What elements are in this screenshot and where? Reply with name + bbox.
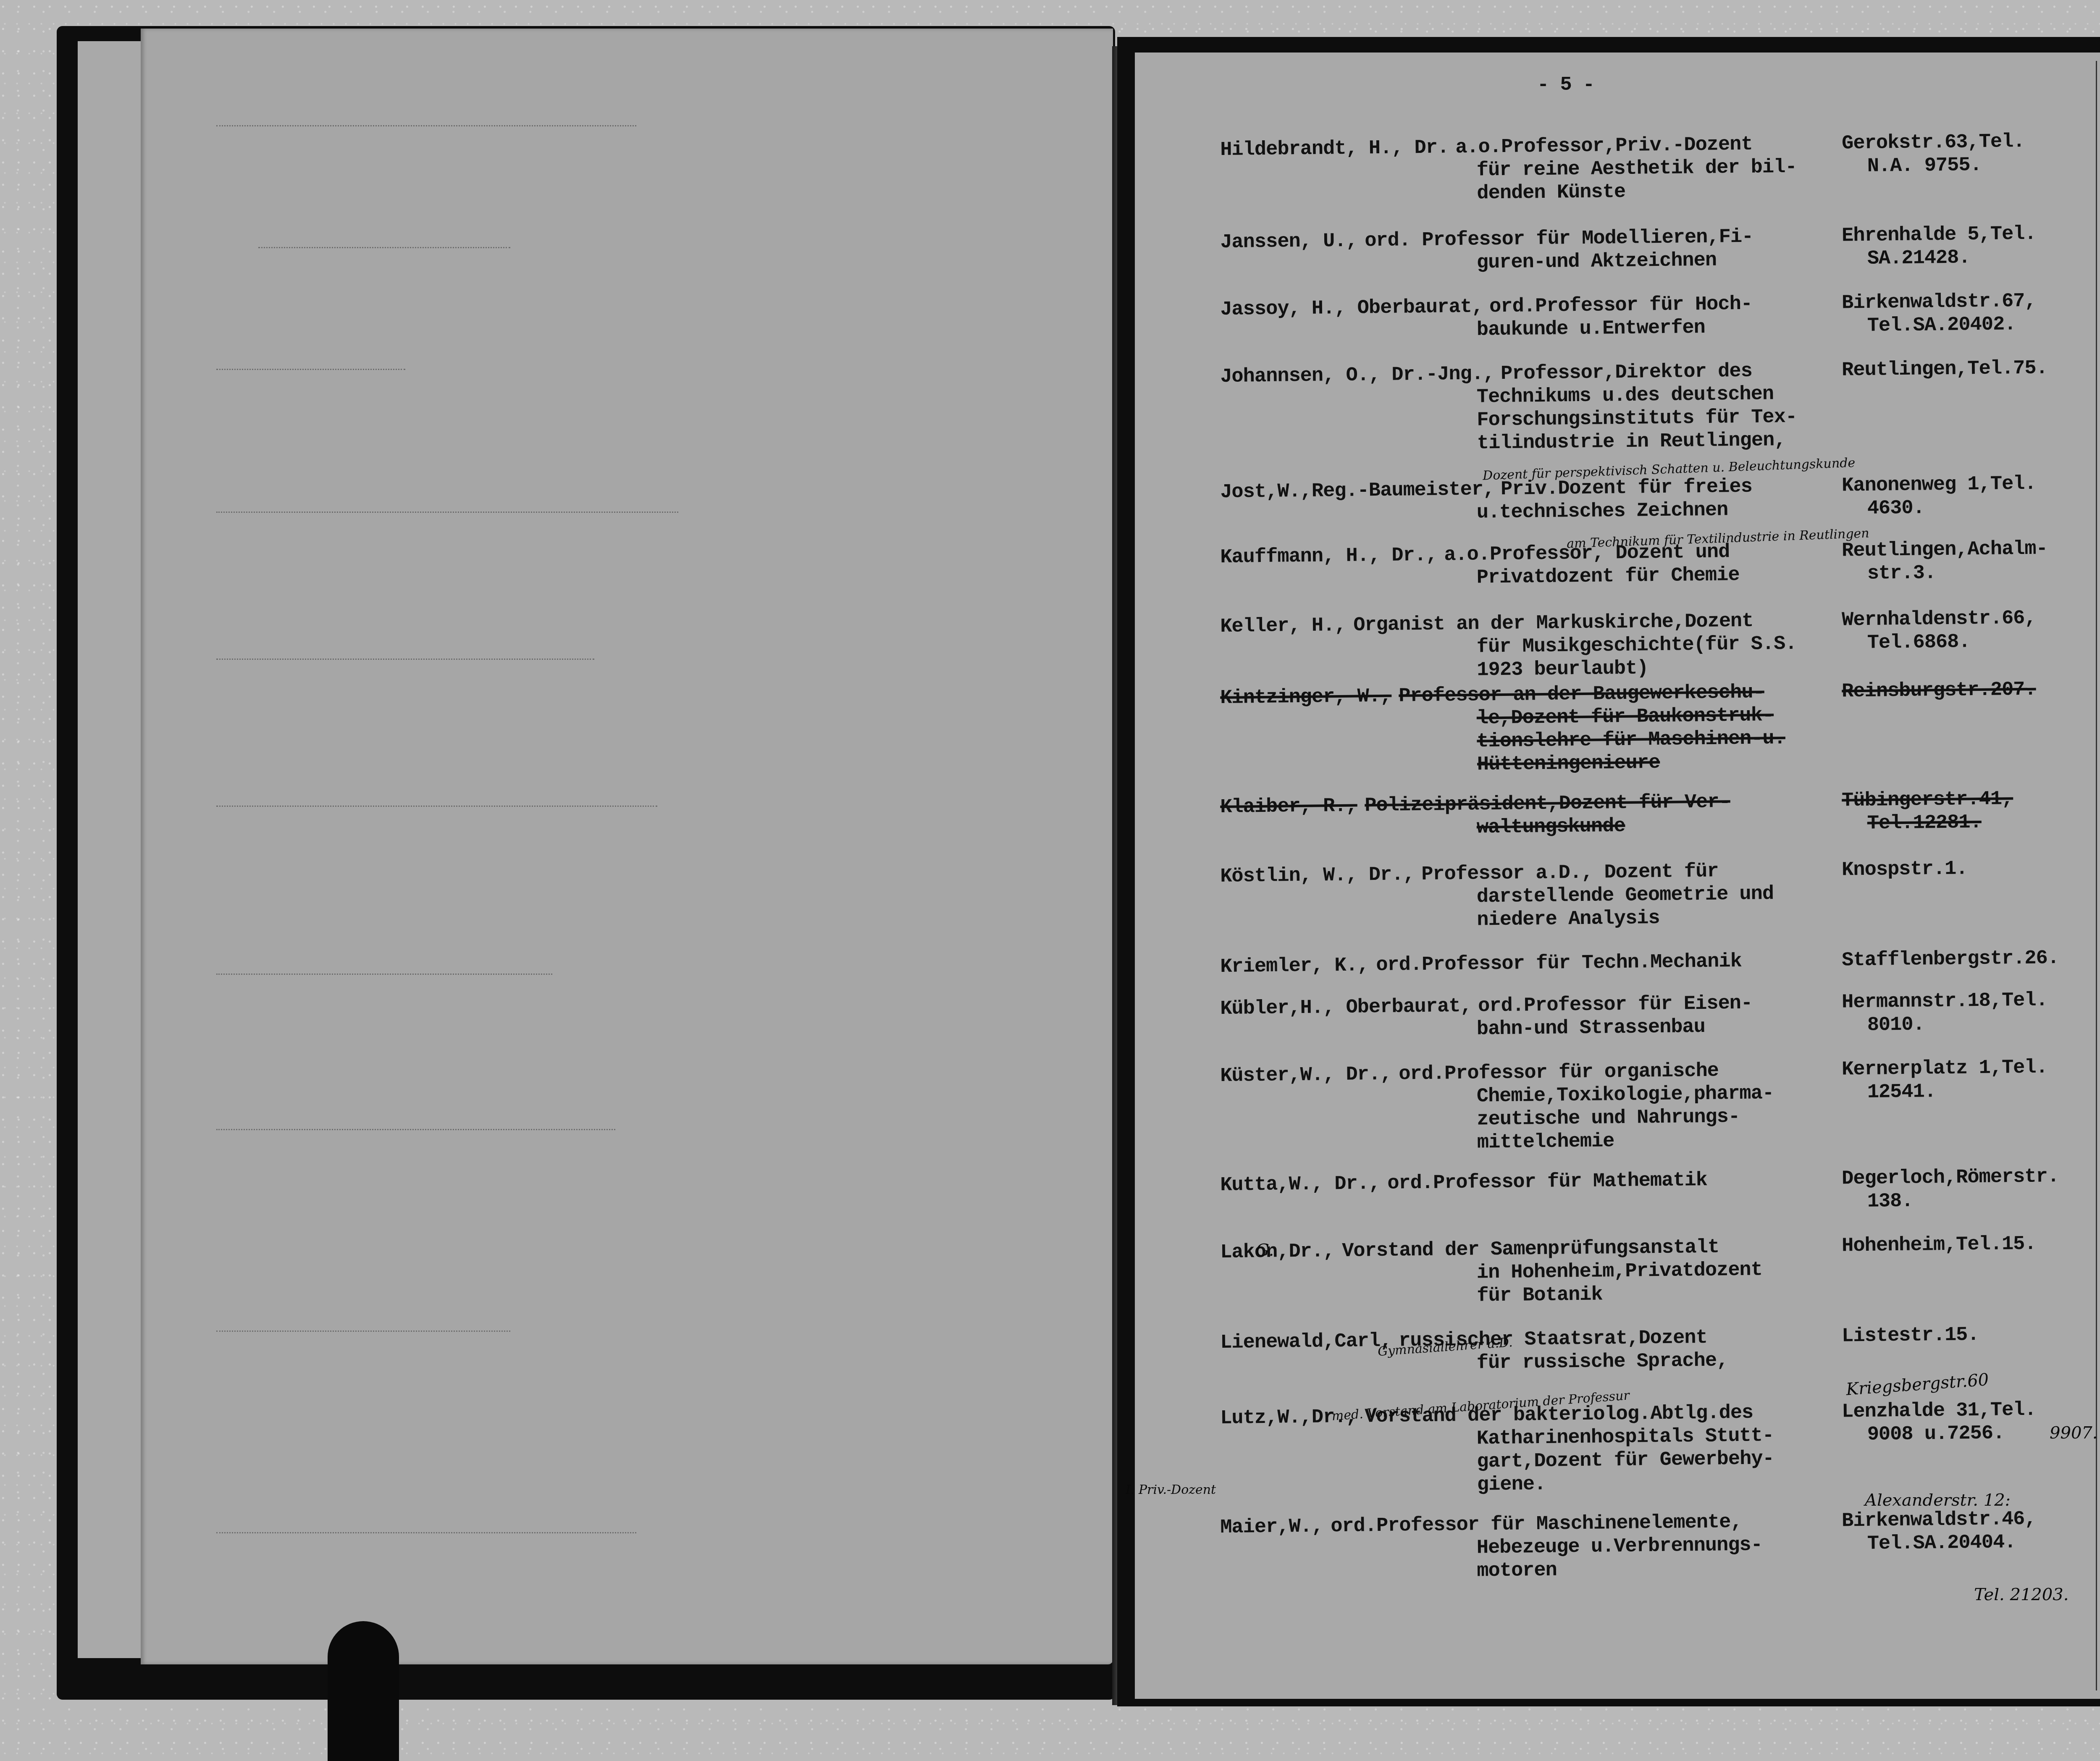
address-line: Knospstr.1. (1842, 857, 1968, 882)
address-line: N.A. 9755. (1842, 153, 2025, 178)
address-line: Kernerplatz 1,Tel. (1842, 1056, 2047, 1081)
entry-description: ord.Professor für Hoch-baukunde u.Entwer… (1220, 293, 1753, 344)
typewritten-directory: - 5 - Hildebrandt, H., Dr.a.o.Professor,… (0, 0, 2100, 1761)
address-line: 8010. (1842, 1012, 2047, 1037)
entry-address: Stafflenbergstr.26. (1842, 947, 2059, 972)
address-line: Lenzhalde 31,Tel. (1842, 1399, 2036, 1424)
entry-description: Professor,Direktor desTechnikums u.des d… (1220, 360, 1797, 458)
address-line: Degerloch,Römerstr. (1842, 1165, 2059, 1190)
entry-address: Ehrenhalde 5,Tel.SA.21428. (1842, 223, 2037, 271)
entry-description: ord.Professor für Techn.Mechanik (1220, 950, 1742, 979)
address-line: Ehrenhalde 5,Tel. (1842, 223, 2036, 248)
entry-address: Listestr.15. (1842, 1323, 1979, 1348)
entry-description: ord.Professor für Maschinenelemente,Hebe… (1220, 1510, 1763, 1585)
entry-description: Polizeipräsident,Dozent für Ver-waltungs… (1220, 790, 1731, 842)
entry-address: Gerokstr.63,Tel.N.A. 9755. (1842, 130, 2025, 178)
entry-address: Wernhaldenstr.66,Tel.6868. (1842, 607, 2037, 655)
entry-description: Vorstand der Samenprüfungsanstaltin Hohe… (1220, 1235, 1763, 1310)
entry-description: Organist an der Markuskirche,Dozentfür M… (1220, 609, 1797, 685)
entry-description: ord. Professor für Modellieren,Fi-guren-… (1220, 226, 1753, 277)
entry-description: Professor an der Baugewerkeschu-le,Dozen… (1220, 681, 1786, 779)
handwritten-address-lutz: Kriegsbergstr.60 (1845, 1368, 1990, 1401)
description-line: Privatdozent für Chemie (1221, 564, 1740, 592)
entry-description: ord.Professor für Mathematik (1220, 1169, 1707, 1197)
entry-address: Reutlingen,Achalm-str.3. (1842, 537, 2048, 585)
entry-address: Hermannstr.18,Tel.8010. (1842, 989, 2048, 1037)
address-line: Reinsburgstr.207. (1842, 678, 2036, 703)
entry-address: Birkenwaldstr.67,Tel.SA.20402. (1842, 290, 2037, 338)
address-line: Birkenwaldstr.67, (1842, 290, 2036, 315)
margin-note-lutz: I. Priv.-Dozent (1126, 1478, 1216, 1501)
address-line: Wernhaldenstr.66, (1842, 607, 2036, 632)
description-line: waltungskunde (1221, 814, 1731, 842)
handwritten-address-maier: Alexanderstr. 12: (1865, 1489, 2011, 1512)
entry-address: Reinsburgstr.207. (1842, 678, 2036, 703)
entry-description: Professor a.D., Dozent fürdarstellende G… (1220, 859, 1774, 934)
address-line: Kanonenweg 1,Tel. (1842, 472, 2036, 498)
address-line: Tel.SA.20404. (1842, 1531, 2036, 1556)
address-line: Listestr.15. (1842, 1323, 1979, 1348)
entry-address: Birkenwaldstr.46,Tel.SA.20404. (1842, 1508, 2037, 1556)
address-line: Hermannstr.18,Tel. (1842, 989, 2047, 1014)
entry-address: Lenzhalde 31,Tel.9008 u.7256. (1842, 1399, 2037, 1447)
entry-address: Reutlingen,Tel.75. (1842, 357, 2047, 382)
entry-address: Kanonenweg 1,Tel.4630. (1842, 472, 2037, 521)
description-line: ord.Professor für Mathematik (1220, 1169, 1707, 1197)
entry-address: Tübingerstr.41,Tel.12281. (1842, 787, 2013, 835)
address-line: Tel.12281. (1842, 811, 2013, 835)
entry-address: Hohenheim,Tel.15. (1842, 1233, 2036, 1258)
address-line: 4630. (1842, 496, 2036, 521)
entry-description: ord.Professor für organischeChemie,Toxik… (1220, 1059, 1774, 1157)
address-line: 138. (1842, 1188, 2059, 1213)
entry-address: Knospstr.1. (1842, 857, 1968, 882)
address-line: SA.21428. (1842, 246, 2036, 271)
entry-description: ord.Professor für Eisen-bahn-und Strasse… (1220, 992, 1753, 1044)
entry-description: a.o.Professor,Priv.-Dozentfür reine Aest… (1220, 133, 1797, 208)
handwritten-tel-lutz: 9907. (2050, 1422, 2098, 1445)
address-line: Tel.6868. (1842, 630, 2036, 655)
handwritten-tel-maier: Tel. 21203. (1974, 1583, 2068, 1606)
handwritten-note-lakon: G. (1256, 1239, 1274, 1262)
address-line: Reutlingen,Achalm- (1842, 537, 2047, 562)
page-number: - 5 - (1537, 73, 1594, 97)
address-line: Gerokstr.63,Tel. (1842, 130, 2025, 155)
address-line: Tübingerstr.41, (1842, 787, 2013, 812)
address-line: Stafflenbergstr.26. (1842, 947, 2059, 972)
address-line: Reutlingen,Tel.75. (1842, 357, 2047, 382)
address-line: Tel.SA.20402. (1842, 313, 2036, 338)
address-line: 12541. (1842, 1079, 2047, 1104)
entry-address: Kernerplatz 1,Tel.12541. (1842, 1056, 2048, 1104)
address-line: str.3. (1842, 560, 2047, 585)
description-line: ord.Professor für Techn.Mechanik (1220, 950, 1742, 979)
address-line: Hohenheim,Tel.15. (1842, 1233, 2036, 1258)
entry-address: Degerloch,Römerstr.138. (1842, 1165, 2059, 1213)
address-line: 9008 u.7256. (1842, 1422, 2036, 1447)
